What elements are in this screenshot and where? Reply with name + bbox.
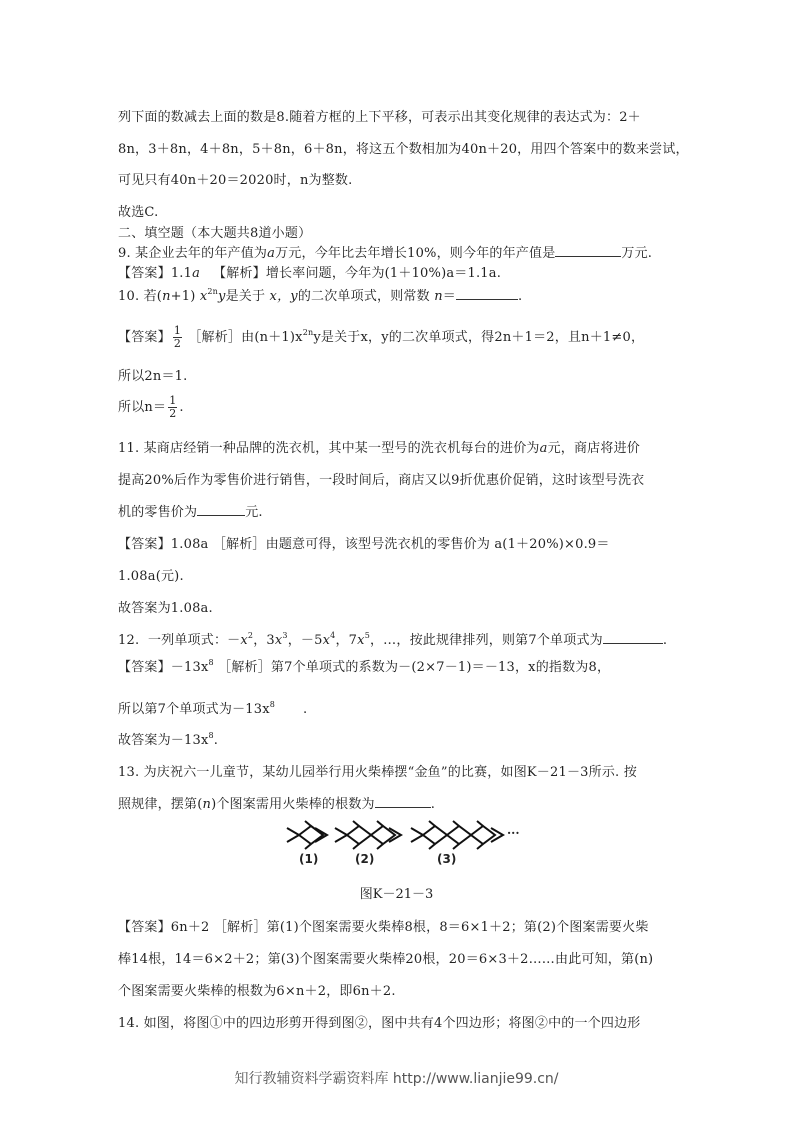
goldfish-pattern-icon [285, 820, 525, 870]
question-text: . [518, 289, 522, 304]
question-line: 提高20%后作为零售价进行销售，一段时间后，商店又以9折优惠价促销，这时该型号洗… [118, 469, 644, 488]
answer-12: 【答案】－13x8 ［解析］第7个单项式的系数为－(2×7－1)＝－13，x的指… [118, 656, 610, 675]
ellipsis: ··· [507, 826, 520, 840]
term-sign: ，－ [288, 633, 314, 648]
analysis-text: 所以n＝ [118, 400, 166, 415]
analysis-text: y是关于x，y的二次单项式，得2n＋1＝2，且n＋1≠0， [313, 330, 644, 345]
section-title: 二、填空题（本大题共8道小题） [118, 222, 311, 241]
paragraph-line: 故选C. [118, 201, 158, 220]
variable: a [192, 266, 200, 281]
variable: n [434, 289, 443, 304]
question-text: )个图案需用火柴棒的根数为 [211, 797, 375, 812]
question-line: 照规律，摆第(n)个图案需用火柴棒的根数为. [118, 793, 435, 812]
answer-blank [555, 244, 621, 257]
answer-label: 【答案】 [118, 266, 171, 281]
analysis-text: ［解析］由(n＋1)x [188, 330, 302, 345]
fraction: 12 [173, 325, 182, 350]
coefficient: 7 [349, 633, 357, 648]
coefficient: 5 [314, 633, 322, 648]
fraction: 12 [168, 395, 177, 420]
paragraph-line: 列下面的数减去上面的数是8.随着方框的上下平移，可表示出其变化规律的表达式为：2… [118, 106, 641, 125]
answer-11: 【答案】1.08a ［解析］由题意可得，该型号洗衣机的零售价为 a(1＋20%)… [118, 533, 610, 552]
answer-blank [197, 503, 245, 516]
analysis-line: 个图案需要火柴棒的根数为6×n＋2，即6n＋2. [118, 980, 396, 999]
variable: n [202, 797, 211, 812]
analysis-line: 所以n＝12. [118, 395, 184, 420]
analysis-text: . [179, 400, 183, 415]
term-sign: ， [335, 633, 348, 648]
paragraph-line: 8n，3＋8n，4＋8n，5＋8n，6＋8n，将这五个数相加为40n＋20，用四… [118, 138, 689, 157]
answer-label: 【答案】 [118, 330, 171, 345]
question-text: 机的零售价为 [118, 505, 197, 520]
question-text: 9. 某企业去年的年产值为 [118, 246, 267, 261]
question-text: 万元. [621, 246, 652, 261]
term-sign: － [227, 633, 240, 648]
answer-blank [456, 287, 518, 300]
answer-9: 【答案】1.1a 【解析】增长率问题，今年为(1＋10%)a＝1.1a. [118, 262, 501, 281]
answer-10: 【答案】12 ［解析］由(n＋1)x2ny是关于x，y的二次单项式，得2n＋1＝… [118, 325, 644, 350]
answer-blank [375, 795, 431, 808]
question-line: 机的零售价为元. [118, 501, 263, 520]
paragraph-line: 可见只有40n＋20＝2020时，n为整数. [118, 169, 352, 188]
analysis-line: 故答案为1.08a. [118, 597, 213, 616]
analysis-text: . [214, 733, 218, 748]
variable: x，y [270, 289, 298, 304]
analysis-text: . [275, 702, 307, 717]
question-14: 14. 如图，将图①中的四边形剪开得到图②，图中共有4个四边形；将图②中的一个四… [118, 1012, 640, 1031]
term-sign: ， [253, 633, 266, 648]
exponent: 2n [207, 287, 218, 296]
question-text: ，…，按此规律排列，则第7个单项式为 [370, 633, 603, 648]
exponent: 2n [303, 328, 314, 337]
analysis-text: ［解析］第7个单项式的系数为－(2×7－1)＝－13，x的指数为8， [214, 660, 610, 675]
question-13: 13. 为庆祝六一儿童节，某幼儿园举行用火柴棒摆“金鱼”的比赛，如图K－21－3… [118, 761, 637, 780]
variable: a [267, 246, 275, 261]
analysis-line: 所以第7个单项式为－13x8. [118, 698, 307, 717]
variable: x [357, 633, 365, 648]
question-12: 12. 一列单项式：－x2，3x3，－5x4，7x5，…，按此规律排列，则第7个… [118, 629, 667, 648]
analysis-line: 棒14根，14＝6×2＋2；第(3)个图案需要火柴棒20根，20＝6×3＋2……… [118, 948, 653, 967]
analysis-line: 所以2n＝1. [118, 365, 187, 384]
question-text: 元，商店将进价 [548, 441, 640, 456]
figure-caption: 图K－21－3 [0, 883, 793, 902]
coefficient: 3 [266, 633, 274, 648]
question-9: 9. 某企业去年的年产值为a万元，今年比去年增长10%，则今年的年产值是万元. [118, 242, 652, 261]
figure-label: (2) [355, 852, 374, 866]
variable: x [240, 633, 248, 648]
question-text: 12. 一列单项式： [118, 633, 227, 648]
answer-13: 【答案】6n＋2 ［解析］第(1)个图案需要火柴棒8根，8＝6×1＋2；第(2)… [118, 916, 649, 935]
question-text: +1) [171, 289, 200, 304]
figure-label: (1) [299, 852, 318, 866]
variable: n [162, 289, 171, 304]
analysis-text: 【解析】增长率问题，今年为(1＋10%)a＝1.1a. [213, 266, 501, 281]
matchstick-figure: ··· (1) (2) (3) [285, 820, 525, 870]
analysis-text: 所以第7个单项式为－13x [118, 702, 270, 717]
variable: a [540, 441, 548, 456]
question-text: 的二次单项式，则常数 [298, 289, 430, 304]
question-10: 10. 若(n+1) x2ny是关于 x，y的二次单项式，则常数 n＝. [118, 285, 522, 304]
figure-label: (3) [437, 852, 456, 866]
question-text: 照规律，摆第( [118, 797, 202, 812]
answer-blank [603, 631, 663, 644]
answer-value: 1.1 [171, 266, 192, 281]
question-text: ＝ [443, 289, 456, 304]
analysis-line: 1.08a(元). [118, 565, 184, 584]
variable: y [218, 289, 226, 304]
question-text: 10. 若( [118, 289, 162, 304]
answer-label: 【答案】－13x [118, 660, 208, 675]
question-text: . [431, 797, 435, 812]
footer-watermark: 知行教辅资料学霸资料库 http://www.lianjie99.cn/ [0, 1068, 793, 1088]
analysis-text: 故答案为－13x [118, 733, 208, 748]
question-text: 万元，今年比去年增长10%，则今年的年产值是 [275, 246, 555, 261]
question-11: 11. 某商店经销一种品牌的洗衣机，其中某一型号的洗衣机每台的进价为a元，商店将… [118, 437, 640, 456]
question-text: . [663, 633, 667, 648]
question-text: 是关于 [226, 289, 266, 304]
question-text: 11. 某商店经销一种品牌的洗衣机，其中某一型号的洗衣机每台的进价为 [118, 441, 540, 456]
question-text: 元. [245, 505, 263, 520]
analysis-line: 故答案为－13x8. [118, 729, 218, 748]
